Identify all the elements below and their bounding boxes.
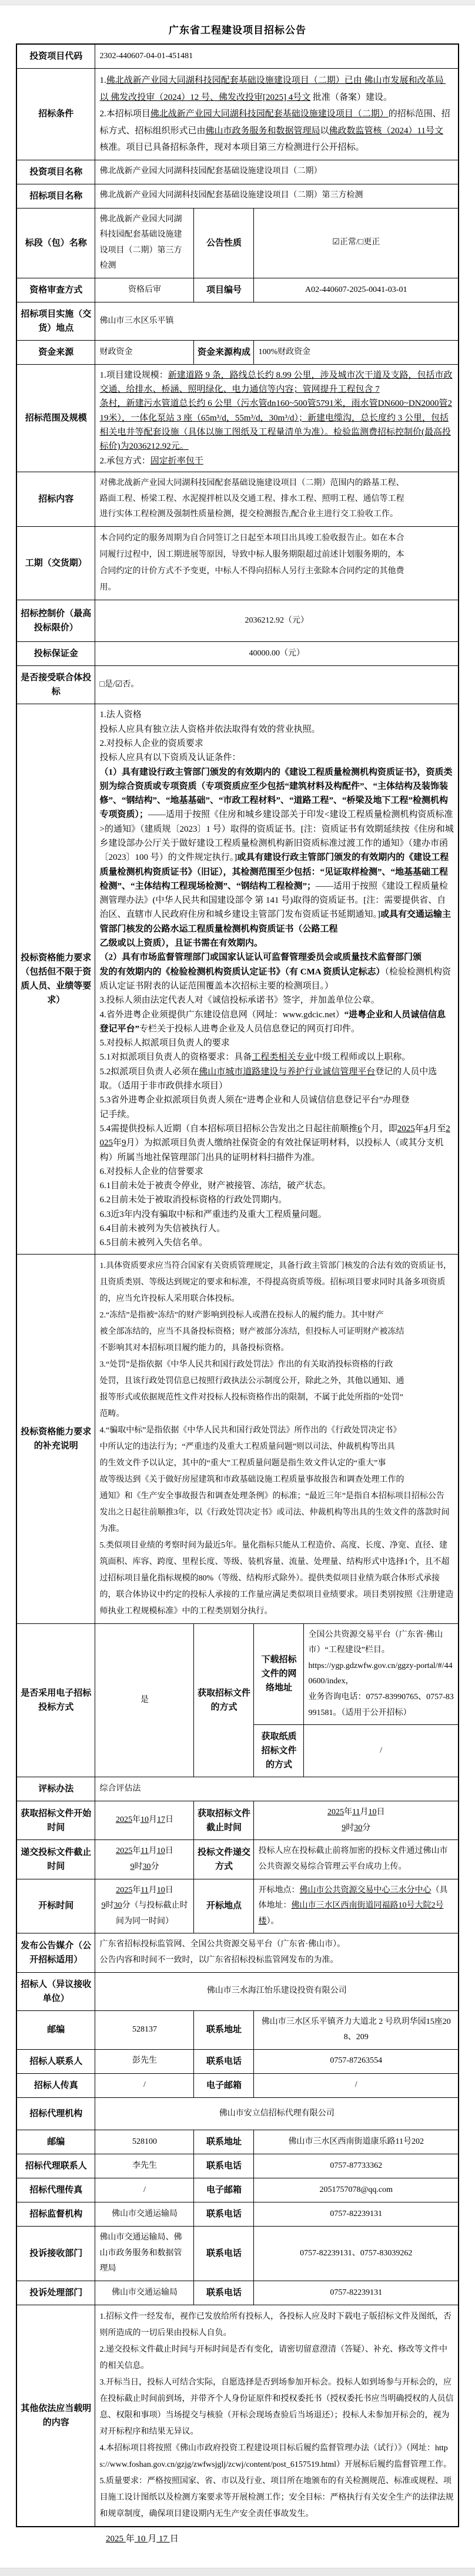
fund-composition-label: 资金来源构成 xyxy=(194,340,254,364)
agency-fax-value: / xyxy=(95,2178,194,2202)
table-row: 招标监督机构 佛山市交通运输局 联系电话 0757-82239131 xyxy=(16,2202,459,2227)
table-row: 资格审查方式 资格后审 项目编号 A02-440607-2025-0041-03… xyxy=(16,278,459,302)
download-url-value: 全国公共资源交易平台（广东省·佛山市）“工程建设”栏目。 https://ygp… xyxy=(304,1623,459,1725)
other-contents-value: 1.招标文件一经发布，视作已发放给所有投标人，各投标人应及时下载电子版招标文件及… xyxy=(95,2305,459,2527)
tender-conditions-label: 招标条件 xyxy=(16,69,95,160)
page-bottom-edge xyxy=(0,2568,475,2576)
tender-content-label: 招标内容 xyxy=(16,472,95,526)
supervisor-value: 佛山市交通运输局 xyxy=(95,2202,194,2227)
agency-value: 佛山市安立信招标代理有限公司 xyxy=(95,2097,459,2130)
complaint-receiving-label: 投诉接收部门 xyxy=(16,2227,95,2281)
table-row: 招标范围及规模 1.项目建设规模：新建道路 9 条，路线总长约 8.99 公里，… xyxy=(16,364,459,472)
table-row: 邮编 528100 联系地址 佛山市三水区西南街道康乐路11号202 xyxy=(16,2130,459,2154)
evaluation-method-value: 综合评估法 xyxy=(95,1777,459,1801)
complaint-receiving-phone-value: 0757-82239131、0757-83039262 xyxy=(254,2227,459,2281)
tenderer-value: 佛山市三水海江怡乐建设投资有限公司 xyxy=(95,1972,459,2010)
fund-source-value: 财政资金 xyxy=(95,340,194,364)
supervisor-phone-label: 联系电话 xyxy=(194,2202,254,2227)
opening-time-value: 2025年11月10日 9时30分（与投标截止时间为同一时间） xyxy=(95,1879,194,1933)
doc-end-label: 获取招标文件截止时间 xyxy=(194,1801,254,1840)
bid-deposit-label: 投标保证金 xyxy=(16,642,95,666)
doc-start-value: 2025年10月17日 xyxy=(95,1801,194,1840)
notice-nature-label: 公告性质 xyxy=(194,208,254,278)
scope-scale-value: 1.项目建设规模：新建道路 9 条，路线总长约 8.99 公里，涉及城市次干道及… xyxy=(95,364,459,472)
table-row: 招标人（异议接收单位） 佛山市三水海江怡乐建设投资有限公司 xyxy=(16,1972,459,2010)
agency-email-label: 电子邮箱 xyxy=(194,2178,254,2202)
agency-phone-value: 0757-87733362 xyxy=(254,2154,459,2178)
table-row: 发布公告媒介（公开招标适用） 广东省招标投标监管网、全国公共资源交易平台（广东省… xyxy=(16,1933,459,1972)
address-2-value: 佛山市三水区西南街道康乐路11号202 xyxy=(254,2130,459,2154)
supervisor-label: 招标监督机构 xyxy=(16,2202,95,2227)
address-2-label: 联系地址 xyxy=(194,2130,254,2154)
complaint-handling-phone-label: 联系电话 xyxy=(194,2281,254,2305)
agency-contact-value: 李先生 xyxy=(95,2154,194,2178)
tenderer-fax-value: / xyxy=(95,2073,194,2097)
project-number-label: 项目编号 xyxy=(194,278,254,302)
table-row: 招标项目实施（交货）地点 佛山市三水区乐平镇 xyxy=(16,302,459,340)
table-row: 投标资格能力要求（包括但不限于资质人员、业绩等要求） 1.法人资格投标人应具有独… xyxy=(16,704,459,1254)
tender-content-value: 对佛北战新产业园大同湖科技园配套基础设施建设项目（二期）范围内的路基工程、 路面… xyxy=(95,472,459,526)
table-row: 招标代理传真 / 电子邮箱 2051757078@qq.com xyxy=(16,2178,459,2202)
scope-scale-label: 招标范围及规模 xyxy=(16,364,95,472)
agency-email-value: 2051757078@qq.com xyxy=(254,2178,459,2202)
table-row: 招标控制价（最高投标限价） 2036212.92（元） xyxy=(16,600,459,642)
paper-doc-value: / xyxy=(304,1725,459,1777)
tenderer-phone-value: 0757-87263554 xyxy=(254,2049,459,2073)
notice-nature-value: ☑正常/□更正 xyxy=(254,208,459,278)
bid-deposit-value: 40000.00（元） xyxy=(95,642,459,666)
table-row: 招标代理联系人 李先生 联系电话 0757-87733362 xyxy=(16,2154,459,2178)
table-row: 开标时间 2025年11月10日 9时30分（与投标截止时间为同一时间） 开标地… xyxy=(16,1879,459,1933)
table-row: 投资项目代码 2302-440607-04-01-451481 xyxy=(16,44,459,69)
opening-place-value: 开标地点：佛山市公共资源交易中心三水分中心（具体地址：佛山市三水区西南街道同福路… xyxy=(254,1879,459,1933)
submit-deadline-value: 2025年11月10日 9时30分 xyxy=(95,1840,194,1879)
tenderer-phone-label: 联系电话 xyxy=(194,2049,254,2073)
complaint-handling-value: 佛山市交通运输局 xyxy=(95,2281,194,2305)
announcement-media-value: 广东省招标投标监管网、全国公共资源交易平台（广东省·佛山市）。 公告内容和时间不… xyxy=(95,1933,459,1972)
table-row: 投标保证金 40000.00（元） xyxy=(16,642,459,666)
doc-start-label: 获取招标文件开始时间 xyxy=(16,1801,95,1840)
tenderer-label: 招标人（异议接收单位） xyxy=(16,1972,95,2010)
tenderer-email-value: / xyxy=(254,2073,459,2097)
tenderer-email-label: 电子邮箱 xyxy=(194,2073,254,2097)
agency-label: 招标代理机构 xyxy=(16,2097,95,2130)
table-row: 投诉接收部门 佛山市交通运输局、佛山市政务服务和数据管理局 联系电话 0757-… xyxy=(16,2227,459,2281)
investment-name-label: 投资项目名称 xyxy=(16,160,95,184)
supervisor-phone-value: 0757-82239131 xyxy=(254,2202,459,2227)
table-row: 其他依法应当载明的内容 1.招标文件一经发布，视作已发放给所有投标人，各投标人应… xyxy=(16,2305,459,2527)
table-row: 资金来源 财政资金 资金来源构成 100%财政资金 xyxy=(16,340,459,364)
address-1-label: 联系地址 xyxy=(194,2010,254,2049)
delivery-location-label: 招标项目实施（交货）地点 xyxy=(16,302,95,340)
tenderer-contact-label: 招标人联系人 xyxy=(16,2049,95,2073)
other-contents-label: 其他依法应当载明的内容 xyxy=(16,2305,95,2527)
table-row: 招标内容 对佛北战新产业园大同湖科技园配套基础设施建设项目（二期）范围内的路基工… xyxy=(16,472,459,526)
table-row: 招标人联系人 彭先生 联系电话 0757-87263554 xyxy=(16,2049,459,2073)
project-name-value: 佛北战新产业园大同湖科技园配套基础设施建设项目（二期）第三方检测 xyxy=(95,184,459,208)
section-name-value: 佛北战新产业园大同湖科技园配套基础设施建设项目（二期）第三方检测 xyxy=(95,208,194,278)
table-row: 标段（包）名称 佛北战新产业园大同湖科技园配套基础设施建设项目（二期）第三方检测… xyxy=(16,208,459,278)
tender-conditions-value: 1.佛北战新产业园大同湖科技园配套基础设施建设项目（二期）已由 佛山市发展和改革… xyxy=(95,69,459,160)
delivery-location-value: 佛山市三水区乐平镇 xyxy=(95,302,459,340)
submit-method-label: 投标文件递交方式 xyxy=(194,1840,254,1879)
complaint-handling-phone-value: 0757-82239131 xyxy=(254,2281,459,2305)
complaint-receiving-value: 佛山市交通运输局、佛山市政务服务和数据管理局 xyxy=(95,2227,194,2281)
paper-doc-label: 获取纸质招标文件的方式 xyxy=(254,1725,304,1777)
agency-fax-label: 招标代理传真 xyxy=(16,2178,95,2202)
announcement-table: 投资项目代码 2302-440607-04-01-451481 招标条件 1.佛… xyxy=(16,43,459,2527)
table-row: 招标代理机构 佛山市安立信招标代理有限公司 xyxy=(16,2097,459,2130)
page-top-edge xyxy=(0,0,475,5)
fund-composition-value: 100%财政资金 xyxy=(254,340,459,364)
section-name-label: 标段（包）名称 xyxy=(16,208,95,278)
doc-acquisition-label: 获取招标文件的方式 xyxy=(194,1623,254,1777)
announcement-page: 广东省工程建设项目招标公告 投资项目代码 2302-440607-04-01-4… xyxy=(0,5,475,2544)
qualification-requirements-value: 1.法人资格投标人应具有独立法人资格并依法取得有效的营业执照。2.对投标人企业的… xyxy=(95,704,459,1254)
table-row: 邮编 528137 联系地址 佛山市三水区乐平镇齐力大道北 2 号玖玥华园15座… xyxy=(16,2010,459,2049)
agency-contact-label: 招标代理联系人 xyxy=(16,2154,95,2178)
investment-code-value: 2302-440607-04-01-451481 xyxy=(95,44,459,69)
agency-phone-label: 联系电话 xyxy=(194,2154,254,2178)
project-number-value: A02-440607-2025-0041-03-01 xyxy=(254,278,459,302)
table-row: 是否接受联合体投标 □是/☑否。 xyxy=(16,666,459,704)
announcement-media-label: 发布公告媒介（公开招标适用） xyxy=(16,1933,95,1972)
qualification-method-label: 资格审查方式 xyxy=(16,278,95,302)
price-ceiling-label: 招标控制价（最高投标限价） xyxy=(16,600,95,642)
opening-place-label: 开标地点 xyxy=(194,1879,254,1933)
table-row: 评标办法 综合评估法 xyxy=(16,1777,459,1801)
qualification-requirements-label: 投标资格能力要求（包括但不限于资质人员、业绩等要求） xyxy=(16,704,95,1254)
zipcode-2-label: 邮编 xyxy=(16,2130,95,2154)
complaint-receiving-phone-label: 联系电话 xyxy=(194,2227,254,2281)
consortium-value: □是/☑否。 xyxy=(95,666,459,704)
table-row: 工期（交货期） 本合同约定的服务周期为自合同签订之日起至本项目出具竣工验收报告止… xyxy=(16,526,459,600)
investment-name-value: 佛北战新产业园大同湖科技园配套基础设施建设项目（二期） xyxy=(95,160,459,184)
delivery-period-label: 工期（交货期） xyxy=(16,526,95,600)
tenderer-contact-value: 彭先生 xyxy=(95,2049,194,2073)
evaluation-method-label: 评标办法 xyxy=(16,1777,95,1801)
table-row: 招标条件 1.佛北战新产业园大同湖科技园配套基础设施建设项目（二期）已由 佛山市… xyxy=(16,69,459,160)
announcement-date: 2025 年 10 月 17 日 xyxy=(106,2532,475,2544)
download-url-label: 下载招标文件的网络地址 xyxy=(254,1623,304,1725)
project-name-label: 招标项目名称 xyxy=(16,184,95,208)
table-row: 是否采用电子招标投标方式 是 获取招标文件的方式 下载招标文件的网络地址 全国公… xyxy=(16,1623,459,1725)
submit-method-value: 投标人应在投标截止前将加密的投标文件通过佛山市公共资源交易综合管理云平台成功上传… xyxy=(254,1840,459,1879)
delivery-period-value: 本合同约定的服务周期为自合同签订之日起至本项目出具竣工验收报告止。如在本合 同履… xyxy=(95,526,459,600)
page-title: 广东省工程建设项目招标公告 xyxy=(0,22,475,36)
qualification-method-value: 资格后审 xyxy=(95,278,194,302)
opening-time-label: 开标时间 xyxy=(16,1879,95,1933)
zipcode-1-label: 邮编 xyxy=(16,2010,95,2049)
table-row: 招标人传真 / 电子邮箱 / xyxy=(16,2073,459,2097)
table-row: 投标资格能力要求的补充说明 1.具体资质要求应当符合国家有关资质管理规定，具备行… xyxy=(16,1254,459,1623)
qualification-supplement-value: 1.具体资质要求应当符合国家有关资质管理规定，具备行政主管部门核发的合法有效的资… xyxy=(95,1254,459,1623)
zipcode-2-value: 528100 xyxy=(95,2130,194,2154)
consortium-label: 是否接受联合体投标 xyxy=(16,666,95,704)
table-row: 投诉处理部门 佛山市交通运输局 联系电话 0757-82239131 xyxy=(16,2281,459,2305)
table-row: 递交投标文件截止时间 2025年11月10日 9时30分 投标文件递交方式 投标… xyxy=(16,1840,459,1879)
qualification-supplement-label: 投标资格能力要求的补充说明 xyxy=(16,1254,95,1623)
price-ceiling-value: 2036212.92（元） xyxy=(95,600,459,642)
table-row: 获取招标文件开始时间 2025年10月17日 获取招标文件截止时间 2025年1… xyxy=(16,1801,459,1840)
doc-end-value: 2025年11月10日 9时30分 xyxy=(254,1801,459,1840)
fund-source-label: 资金来源 xyxy=(16,340,95,364)
investment-code-label: 投资项目代码 xyxy=(16,44,95,69)
e-tender-label: 是否采用电子招标投标方式 xyxy=(16,1623,95,1777)
tenderer-fax-label: 招标人传真 xyxy=(16,2073,95,2097)
submit-deadline-label: 递交投标文件截止时间 xyxy=(16,1840,95,1879)
table-row: 招标项目名称 佛北战新产业园大同湖科技园配套基础设施建设项目（二期）第三方检测 xyxy=(16,184,459,208)
e-tender-value: 是 xyxy=(95,1623,194,1777)
address-1-value: 佛山市三水区乐平镇齐力大道北 2 号玖玥华园15座208、209 xyxy=(254,2010,459,2049)
complaint-handling-label: 投诉处理部门 xyxy=(16,2281,95,2305)
table-row: 投资项目名称 佛北战新产业园大同湖科技园配套基础设施建设项目（二期） xyxy=(16,160,459,184)
zipcode-1-value: 528137 xyxy=(95,2010,194,2049)
